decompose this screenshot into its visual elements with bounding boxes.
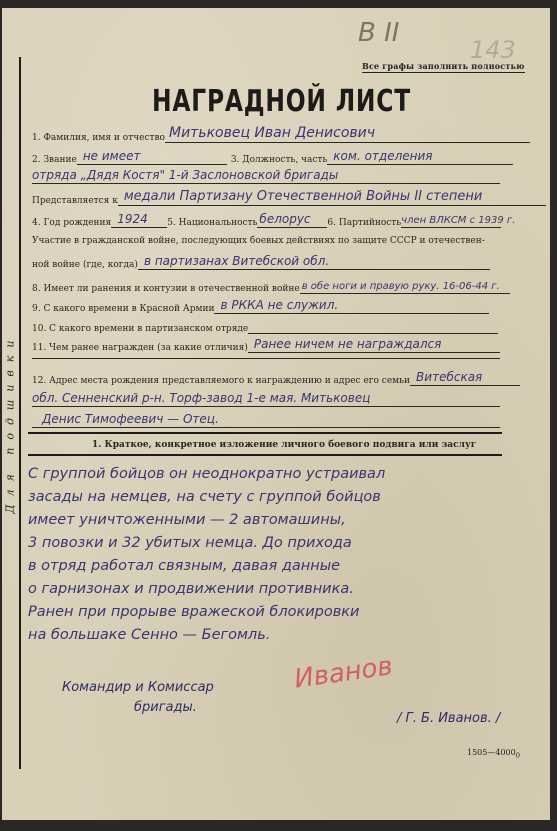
section-divider <box>28 432 502 434</box>
handwritten-value: белорус <box>259 212 310 226</box>
binding-margin-line <box>19 57 21 769</box>
field-label: 10. С какого времени в партизанском отря… <box>32 324 248 334</box>
field-war-participation: ной войне (где, когда)в партизанах Витеб… <box>32 254 536 270</box>
field-value: медали Партизану Отечественной Войны II … <box>118 190 546 206</box>
field-address-line3: Денис Тимофеевич — Отец. <box>32 412 536 428</box>
narrative-line: засады на немцев, на счету с группой бой… <box>28 486 538 509</box>
field-value: ком. отделения <box>327 149 513 165</box>
handwritten-value: обл. Сенненский р-н. Торф-завод 1-е мая.… <box>32 391 370 405</box>
red-signature: Иванов <box>292 651 394 694</box>
print-number-text: 1505—4000 <box>467 748 516 757</box>
section-divider <box>28 454 502 456</box>
field-label: 2. Звание <box>32 155 77 165</box>
field-value: в партизанах Витебской обл. <box>138 254 490 270</box>
field-label: 5. Национальность <box>167 218 257 228</box>
handwritten-value: не имеет <box>83 149 141 163</box>
field-value: член ВЛКСМ с 1939 г. <box>401 212 501 228</box>
field-previous-awards: 11. Чем ранее награжден (за какие отличи… <box>32 337 536 353</box>
field-value: Ранее ничем не награждался <box>248 337 500 353</box>
field-name: 1. Фамилия, имя и отчествоМитьковец Иван… <box>32 127 536 143</box>
field-award: Представляется кмедали Партизану Отечест… <box>32 190 536 206</box>
print-number-suffix: 0 <box>516 752 520 760</box>
handwritten-value: ком. отделения <box>333 149 432 163</box>
field-value: Витебская <box>410 370 520 386</box>
signatory-name: / Г. Б. Иванов. / <box>397 711 500 726</box>
award-sheet-page: Для подшивки В II 143 Все графы заполнит… <box>2 8 550 820</box>
field-value: в РККА не служил. <box>214 298 489 314</box>
narrative-line: о гарнизонах и продвижении противника. <box>28 578 538 601</box>
field-rank-position: 2. Званиене имеет3. Должность, частьком.… <box>32 149 536 165</box>
handwritten-value: в партизанах Витебской обл. <box>144 254 329 268</box>
field-value: Митьковец Иван Денисович <box>165 127 530 143</box>
field-value: обл. Сенненский р-н. Торф-завод 1-е мая.… <box>32 391 500 407</box>
field-value: отряда „Дядя Костя" 1-й Заслоновской бри… <box>32 168 500 184</box>
handwritten-value: медали Партизану Отечественной Войны II … <box>124 189 482 204</box>
handwritten-value: в обе ноги и правую руку. 16-06-44 г. <box>302 281 500 292</box>
field-label: ной войне (где, когда) <box>32 260 138 270</box>
field-label: 11. Чем ранее награжден (за какие отличи… <box>32 343 248 353</box>
handwritten-value: Витебская <box>416 370 482 384</box>
field-birth-nationality-party: 4. Год рождения19245. Национальностьбело… <box>32 212 536 228</box>
handwritten-value: член ВЛКСМ с 1939 г. <box>401 215 515 226</box>
field-label: Участие в гражданской войне, последующих… <box>32 236 485 246</box>
field-value <box>248 318 498 334</box>
field-value: не имеет <box>77 149 227 165</box>
archive-number: 143 <box>470 36 516 64</box>
instruction-note: Все графы заполнить полностью <box>362 61 525 73</box>
handwritten-value: отряда „Дядя Костя" 1-й Заслоновской бри… <box>32 168 338 182</box>
field-label: 12. Адрес места рождения представляемого… <box>32 376 410 386</box>
signatory-role: Командир и Комиссар бригады. <box>62 678 214 718</box>
field-wounds: 8. Имеет ли ранения и контузии в отечест… <box>32 278 536 294</box>
narrative-line: имеет уничтоженными — 2 автомашины, <box>28 509 538 532</box>
divider <box>32 358 500 359</box>
field-war-participation-label: Участие в гражданской войне, последующих… <box>32 236 536 252</box>
page-title: НАГРАДНОЙ ЛИСТ <box>152 84 411 119</box>
field-value: Денис Тимофеевич — Отец. <box>32 412 500 428</box>
side-label-text: Для подшивки <box>4 333 17 514</box>
section-heading: 1. Краткое, конкретное изложение личного… <box>92 440 476 450</box>
handwritten-value: Митьковец Иван Денисович <box>169 125 375 141</box>
field-address-line2: обл. Сенненский р-н. Торф-завод 1-е мая.… <box>32 391 536 407</box>
handwritten-value: в РККА не служил. <box>220 298 338 312</box>
side-label: Для подшивки <box>2 308 18 538</box>
handwritten-value: 1924 <box>117 212 148 226</box>
field-label: 9. С какого времени в Красной Армии <box>32 304 214 314</box>
narrative-line: С группой бойцов он неоднократно устраив… <box>28 463 538 486</box>
narrative-line: на большаке Сенно — Бегомль. <box>28 624 538 647</box>
signatory-role-line: бригады. <box>62 698 214 718</box>
field-red-army: 9. С какого времени в Красной Армиив РКК… <box>32 298 536 314</box>
field-address: 12. Адрес места рождения представляемого… <box>32 370 536 386</box>
signatory-role-line: Командир и Комиссар <box>62 678 214 698</box>
field-value: в обе ноги и правую руку. 16-06-44 г. <box>300 278 510 294</box>
print-number: 1505—40000 <box>467 748 520 760</box>
field-label: 8. Имеет ли ранения и контузии в отечест… <box>32 284 300 294</box>
field-position-continued: отряда „Дядя Костя" 1-й Заслоновской бри… <box>32 168 536 184</box>
field-label: 6. Партийность <box>327 218 401 228</box>
handwritten-value: Ранее ничем не награждался <box>254 337 441 351</box>
pencil-mark: В II <box>358 18 399 48</box>
narrative-line: Ранен при прорыве вражеской блокировки <box>28 601 538 624</box>
field-label: 3. Должность, часть <box>231 155 327 165</box>
field-value: 1924 <box>111 212 167 228</box>
field-label: 1. Фамилия, имя и отчество <box>32 133 165 143</box>
narrative-line: в отряд работал связным, давая данные <box>28 555 538 578</box>
field-value: белорус <box>257 212 327 228</box>
handwritten-value: Денис Тимофеевич — Отец. <box>42 412 219 426</box>
narrative-line: 3 повозки и 32 убитых немца. До прихода <box>28 532 538 555</box>
field-partisan-since: 10. С какого времени в партизанском отря… <box>32 318 536 334</box>
narrative-text: С группой бойцов он неоднократно устраив… <box>28 463 538 647</box>
field-label: 4. Год рождения <box>32 218 111 228</box>
field-label: Представляется к <box>32 196 118 206</box>
